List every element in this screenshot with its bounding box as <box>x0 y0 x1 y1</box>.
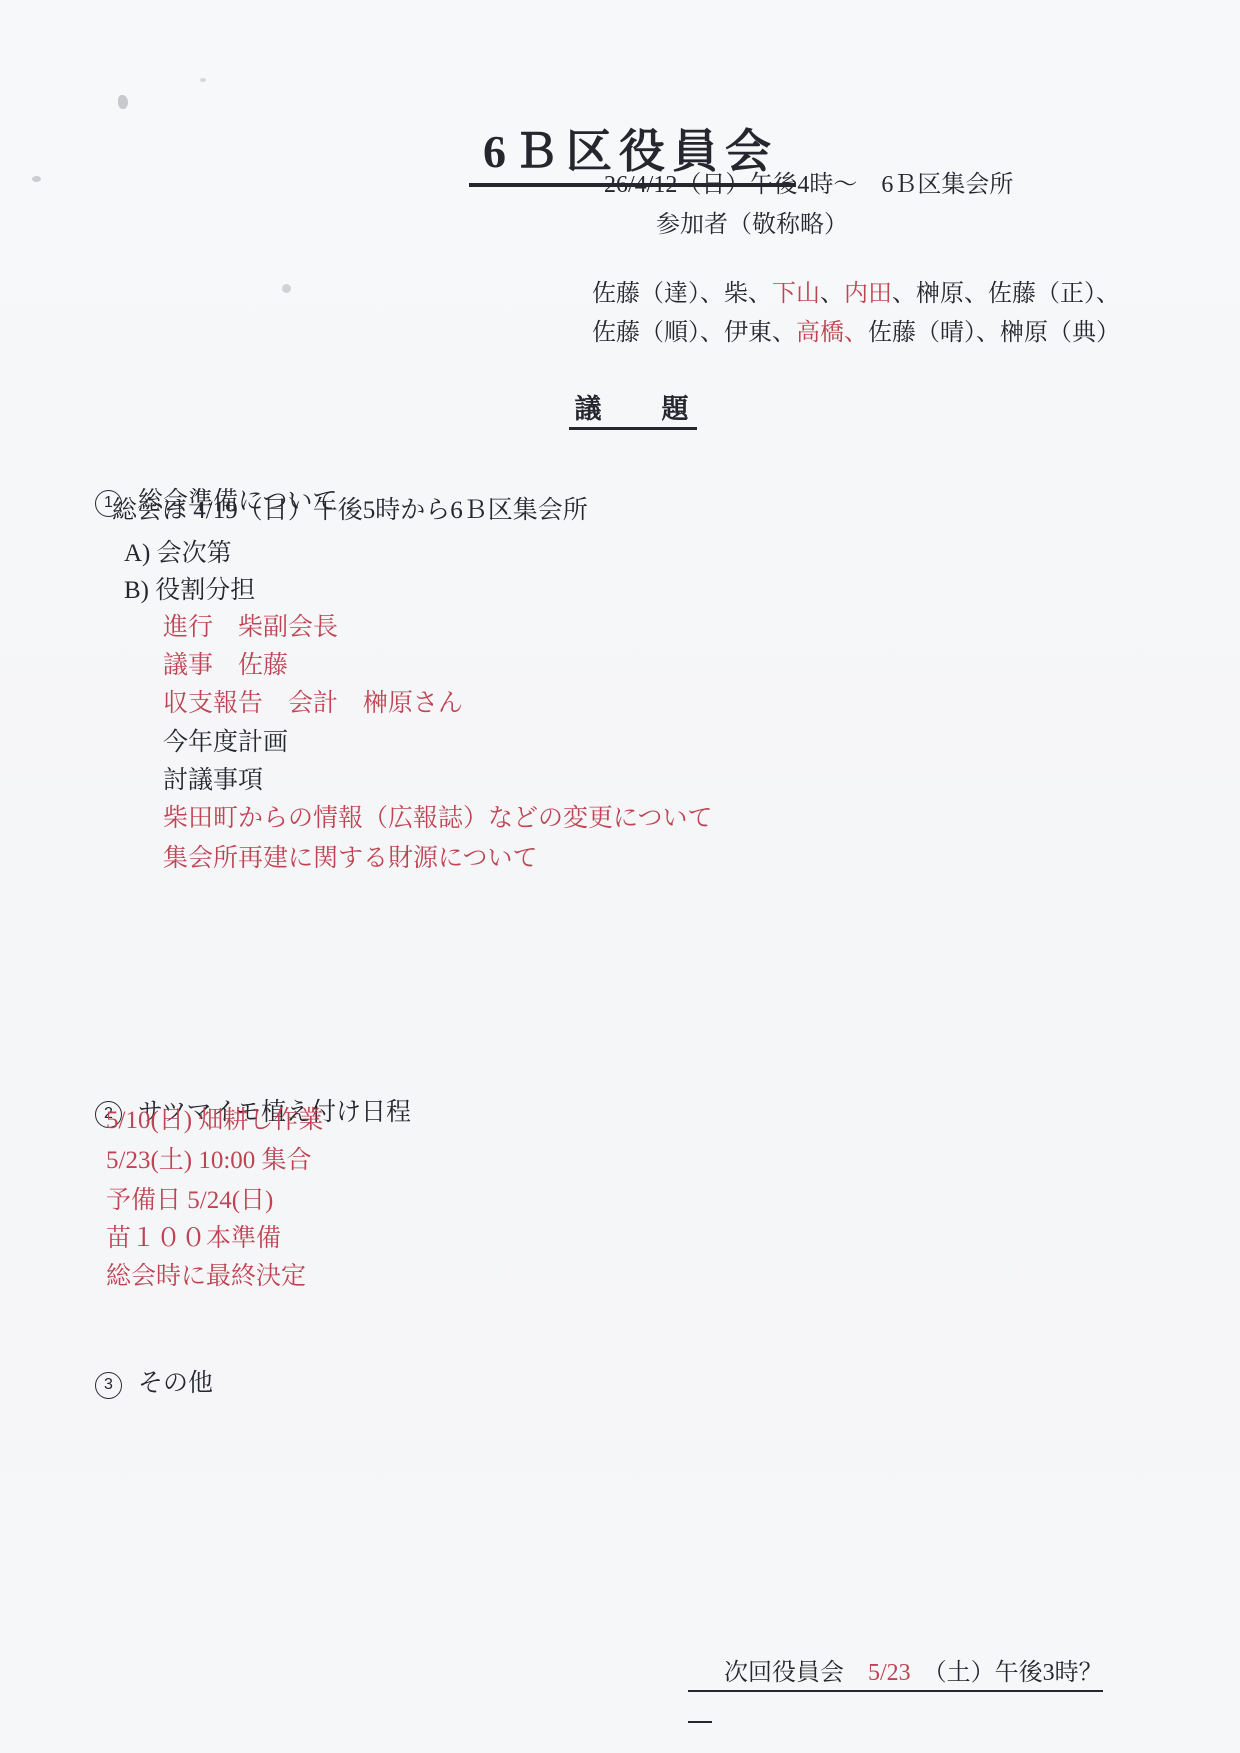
next-meeting-time: （土）午後3時？ <box>911 1660 1103 1686</box>
section3-title-row: 3その他 <box>70 1337 213 1431</box>
next-meeting-line: 次回役員会 5/23 （土）午後3時？ <box>688 1594 1103 1750</box>
meeting-datetime: 26/4/12（日）午後4時～ 6Ｂ区集会所 <box>604 170 1013 200</box>
section2-schedule-1: 5/10(日) 畑耕し作業 <box>106 1105 323 1136</box>
section1-subtitle: 総会は 4/19（日）午後5時から6Ｂ区集会所 <box>112 495 588 526</box>
section3-number: 3 <box>95 1372 122 1399</box>
participant-name-highlight: 高橋、 <box>796 320 868 346</box>
section1-role-moderator: 進行 柴副会長 <box>163 612 338 643</box>
scanned-document-page: 6Ｂ区役員会 26/4/12（日）午後4時～ 6Ｂ区集会所 参加者（敬称略） 佐… <box>0 0 1240 1753</box>
section1-role-accounting: 収支報告 会計 榊原さん <box>163 688 463 719</box>
agenda-heading: 議 題 <box>569 394 697 430</box>
participant-names: 佐藤（順）、伊東、 <box>592 320 796 346</box>
section2-schedule-3: 予備日 5/24(日) <box>106 1185 273 1216</box>
section1-topic-1: 柴田町からの情報（広報誌）などの変更について <box>163 803 713 834</box>
section1-plan: 今年度計画 <box>163 727 288 758</box>
section2-schedule-4: 苗１００本準備 <box>106 1223 281 1254</box>
section1-item-a: A) 会次第 <box>124 538 232 569</box>
section2-schedule-2: 5/23(土) 10:00 集合 <box>106 1145 312 1176</box>
scan-artifact <box>282 284 291 293</box>
next-meeting-date: 5/23 <box>868 1660 911 1686</box>
next-meeting-label: 次回役員会 <box>724 1660 868 1686</box>
section1-topic-2: 集会所再建に関する財源について <box>163 843 538 874</box>
section2-schedule-5: 総会時に最終決定 <box>106 1261 306 1292</box>
participants-label: 参加者（敬称略） <box>656 210 848 240</box>
section3-title: その他 <box>138 1370 213 1397</box>
section1-item-b: B) 役割分担 <box>124 575 255 606</box>
section1-role-minutes: 議事 佐藤 <box>163 650 288 681</box>
scan-artifact <box>200 78 206 82</box>
section1-discussion: 討議事項 <box>163 765 263 796</box>
